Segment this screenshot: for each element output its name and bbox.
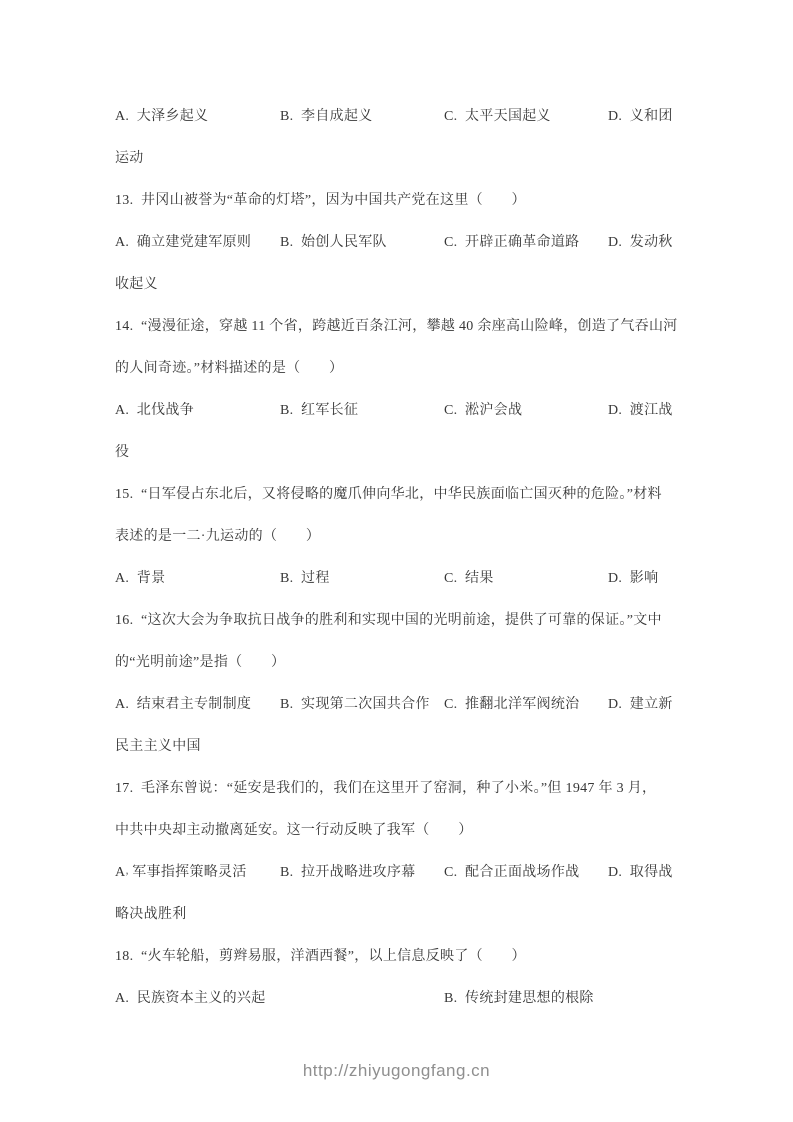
option-item: D. 影响 xyxy=(608,558,658,600)
document-page: A. 大泽乡起义B. 李自成起义C. 太平天国起义D. 义和团运动13. 井冈山… xyxy=(0,0,793,1122)
document-content: A. 大泽乡起义B. 李自成起义C. 太平天国起义D. 义和团运动13. 井冈山… xyxy=(0,96,793,1020)
text-line: 民主主义中国 xyxy=(0,726,793,768)
text-line: 15. “日军侵占东北后，又将侵略的魔爪伸向华北，中华民族面临亡国灭种的危险。”… xyxy=(0,474,793,516)
text-line: 17. 毛泽东曾说：“延安是我们的，我们在这里开了窑洞，种了小米。”但 1947… xyxy=(0,768,793,810)
option-item: A 军事指挥策略灵活 xyxy=(115,852,247,894)
option-item: A. 大泽乡起义 xyxy=(115,96,208,138)
option-item: B. 李自成起义 xyxy=(280,96,373,138)
option-item: D. 取得战 xyxy=(608,852,673,894)
option-item: D. 义和团 xyxy=(608,96,673,138)
option-item: A. 背景 xyxy=(115,558,165,600)
option-item: A. 北伐战争 xyxy=(115,390,194,432)
option-item: D. 建立新 xyxy=(608,684,673,726)
option-item: C. 结果 xyxy=(444,558,494,600)
text-line: 13. 井冈山被誉为“革命的灯塔”，因为中国共产党在这里（ ） xyxy=(0,180,793,222)
option-item: C. 推翻北洋军阀统治 xyxy=(444,684,579,726)
option-row: A. 结束君主专制制度B. 实现第二次国共合作C. 推翻北洋军阀统治D. 建立新 xyxy=(0,684,793,726)
text-line: 14. “漫漫征途，穿越 11 个省，跨越近百条江河，攀越 40 余座高山险峰，… xyxy=(0,306,793,348)
option-row: A. 大泽乡起义B. 李自成起义C. 太平天国起义D. 义和团 xyxy=(0,96,793,138)
text-line: 的人间奇迹。”材料描述的是（ ） xyxy=(0,348,793,390)
text-line: 中共中央却主动撤离延安。这一行动反映了我军（ ） xyxy=(0,810,793,852)
option-row: A. 背景B. 过程C. 结果D. 影响 xyxy=(0,558,793,600)
option-item: A. 民族资本主义的兴起 xyxy=(115,978,266,1020)
text-line: 18. “火车轮船，剪辫易服，洋酒西餐”，以上信息反映了（ ） xyxy=(0,936,793,978)
option-item: B. 实现第二次国共合作 xyxy=(280,684,430,726)
option-item: C. 淞沪会战 xyxy=(444,390,522,432)
text-line: 表述的是一二·九运动的（ ） xyxy=(0,516,793,558)
option-item: B. 红军长征 xyxy=(280,390,358,432)
option-row: A 军事指挥策略灵活B. 拉开战略进攻序幕C. 配合正面战场作战D. 取得战 xyxy=(0,852,793,894)
option-row: A. 确立建党建军原则B. 始创人民军队C. 开辟正确革命道路D. 发动秋 xyxy=(0,222,793,264)
option-item: D. 发动秋 xyxy=(608,222,673,264)
option-item: C. 配合正面战场作战 xyxy=(444,852,579,894)
text-line: 16. “这次大会为争取抗日战争的胜利和实现中国的光明前途，提供了可靠的保证。”… xyxy=(0,600,793,642)
option-row: A. 民族资本主义的兴起B. 传统封建思想的根除 xyxy=(0,978,793,1020)
text-line: 的“光明前途”是指（ ） xyxy=(0,642,793,684)
option-item: C. 开辟正确革命道路 xyxy=(444,222,579,264)
option-item: B. 拉开战略进攻序幕 xyxy=(280,852,415,894)
option-item: B. 传统封建思想的根除 xyxy=(444,978,594,1020)
text-line: 役 xyxy=(0,432,793,474)
option-item: C. 太平天国起义 xyxy=(444,96,551,138)
footer-watermark-url: http://zhiyugongfang.cn xyxy=(0,1061,793,1081)
text-line: 略决战胜利 xyxy=(0,894,793,936)
option-item: A. 结束君主专制制度 xyxy=(115,684,251,726)
option-row: A. 北伐战争B. 红军长征C. 淞沪会战D. 渡江战 xyxy=(0,390,793,432)
option-item: B. 始创人民军队 xyxy=(280,222,387,264)
text-line: 运动 xyxy=(0,138,793,180)
stray-mark: ’ xyxy=(125,870,129,882)
option-item: B. 过程 xyxy=(280,558,330,600)
text-line: 收起义 xyxy=(0,264,793,306)
option-item: D. 渡江战 xyxy=(608,390,673,432)
option-item: A. 确立建党建军原则 xyxy=(115,222,251,264)
